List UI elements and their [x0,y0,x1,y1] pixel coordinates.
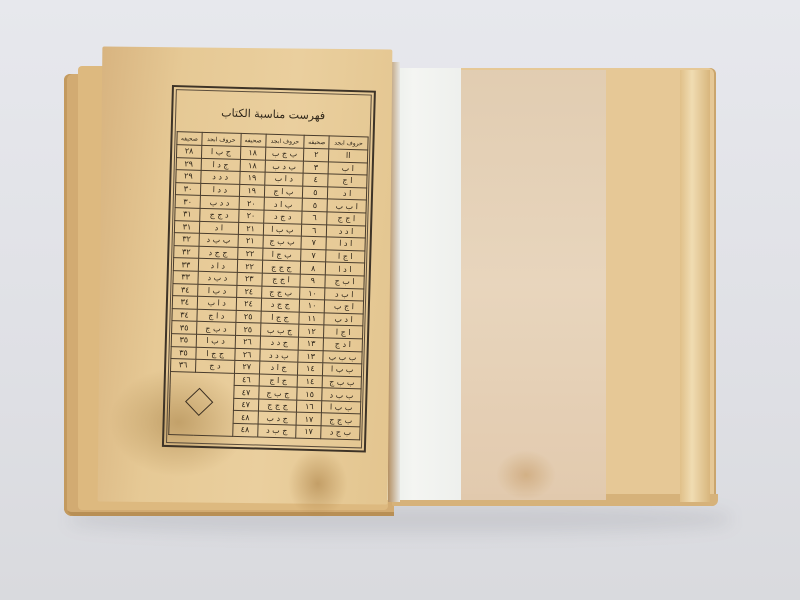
table-cell: ١٧ [296,413,321,426]
table-cell: ١٩ [239,184,264,197]
column-header: حروف ابجد [329,136,368,150]
column-header: صحيفه [177,132,202,146]
table-cell: ٣٢ [174,233,199,246]
table-cell: ٣٢ [174,245,199,258]
table-cell: ٣٥ [171,346,196,359]
table-cell: ١٤ [297,375,322,388]
table-cell: ٢٥ [235,323,260,336]
table-cell: ب ج د [321,426,360,440]
table-cell: ب ب د [322,388,361,402]
table-cell: ٣٥ [172,321,197,334]
table-cell: ا د [199,221,238,235]
tissue-overlay [456,70,606,500]
table-cell: د ج د [263,210,302,224]
table-cell: ب ج ج [261,286,300,300]
table-cell: د د د [201,171,240,185]
table-cell: ب ب ا [322,401,361,415]
table-cell: د ج ج [200,208,239,222]
table-cell: ب ج ب [265,147,304,161]
table-grid: حروف ابجدصحيفهحروف ابجدصحيفهحروف ابجدصحي… [168,131,369,446]
table-title: فهرست مناسبة الكتاب [173,93,374,137]
table-cell: ١٤ [298,362,323,375]
table-cell: ٤ [303,173,328,186]
table-cell: ٢٦ [235,335,260,348]
table-cell: ب ا ج [264,185,303,199]
table-cell: ب ب ا [263,223,302,237]
table-cell: ٢٧ [234,360,259,373]
abjad-data-table: حروف ابجدصحيفهحروف ابجدصحيفهحروف ابجدصحي… [168,131,368,440]
table-cell: ٩ [300,274,325,287]
table-body: اا٢ب ج ب١٨ج ب ا٢٨ا ب٣ب د ب١٨ج د ا٢٩ا ج٤د… [169,145,368,440]
table-cell: ٣١ [175,208,200,221]
table-cell: ج د د [260,336,299,350]
table-cell: ٤٦ [234,373,259,386]
table-cell: ١١ [299,312,324,325]
table-cell: ٦ [302,224,327,237]
table-cell: ٤٧ [233,386,258,399]
table-cell: ١٠ [300,299,325,312]
table-cell: ٢٠ [239,197,264,210]
table-cell: ج ج د [261,298,300,312]
table-cell: ا د ا [326,237,365,251]
table-cell: ١٥ [297,387,322,400]
table-cell: ٣٣ [173,271,198,284]
table-cell: ا د [328,187,367,201]
table-cell: ٥ [303,186,328,199]
table-cell: ٢٢ [237,260,262,273]
table-cell: ا د ج [323,338,362,352]
table-cell: ا د ا [325,262,364,276]
table-cell: د ا ب [197,296,236,310]
table-cell: ٥ [302,199,327,212]
table-cell: د ب ج [196,322,235,336]
table-cell: د د ا [200,183,239,197]
table-cell: ٣٠ [175,195,200,208]
table-cell: ٣٤ [172,308,197,321]
table-cell: ٧ [301,236,326,249]
table-cell: ب ب ب [323,350,362,364]
table-cell: ا ج ا [324,325,363,339]
table-cell: ا ب ج [325,275,364,289]
table-cell: د ج [195,359,234,373]
table-cell: ب د د [259,349,298,363]
column-header: حروف ابجد [265,134,304,148]
table-cell: ٢٤ [236,298,261,311]
table-cell: ا د ب [324,313,363,327]
table-cell: ١٨ [240,159,265,172]
table-cell: ٢٥ [236,310,261,323]
table-cell: ج ب ا [201,145,240,159]
table-cell: ٢٩ [176,157,201,170]
table-cell: ١٢ [299,324,324,337]
table-cell: ٣٠ [175,182,200,195]
table-cell: ٢٠ [238,209,263,222]
table-cell: د ب ا [196,334,235,348]
table-cell: ١٦ [297,400,322,413]
diamond-diagram [185,387,213,415]
table-cell: ٤٧ [233,398,258,411]
table-cell: ا ب د [325,287,364,301]
table-cell: ج ج ا [260,311,299,325]
table-cell: ٣٦ [171,359,196,372]
table-cell: د ا ب [264,172,303,186]
table-cell: ج ب ج [258,386,297,400]
table-cell: ٣٣ [173,258,198,271]
table-cell: ا ب ب [327,199,366,213]
table-cell: ج ج ج [262,260,301,274]
table-cell: ج ب د [257,424,296,438]
table-cell: ١٣ [299,337,324,350]
table-cell: ٢٢ [237,247,262,260]
table-cell: ٣٥ [171,333,196,346]
table-cell: ب ج ج [321,413,360,427]
table-cell: ا د د [326,224,365,238]
table-cell: ١٩ [239,172,264,185]
table-cell: ٢٩ [176,170,201,183]
table-cell: ج ا د [259,361,298,375]
table-cell: ٦ [302,211,327,224]
table-cell: ٢٣ [237,272,262,285]
table-cell: د د ب [200,196,239,210]
table-cell: ٢١ [238,235,263,248]
diagram-cell [169,371,234,436]
table-cell: ا ج ج [261,273,300,287]
table-cell: ٧ [301,249,326,262]
table-cell: ٣١ [174,220,199,233]
table-cell: ب ب ج [322,376,361,390]
table-cell: ٢٨ [176,145,201,158]
table-cell: ج د ب [258,411,297,425]
table-cell: ٢ [304,148,329,161]
table-cell: ا ج ج [327,212,366,226]
stain [496,450,556,500]
table-cell: ب ب ا [323,363,362,377]
abjad-table: فهرست مناسبة الكتاب حروف ابجدصحيفهحروف ا… [162,85,376,453]
table-cell: ا ج [328,174,367,188]
table-cell: ٢٤ [236,285,261,298]
table-cell: ١٨ [240,146,265,159]
table-cell: ا ج ب [324,300,363,314]
table-cell: ج د ا [201,158,240,172]
table-cell: ا ج ا [326,250,365,264]
table-cell: ٢١ [238,222,263,235]
table-cell: ٣٤ [173,283,198,296]
table-cell: ج ج د [199,246,238,260]
table-cell: ب د ب [265,160,304,174]
table-cell: ج ج ج [258,399,297,413]
table-cell: ب ج ا [262,248,301,262]
column-header: صحيفه [241,133,266,147]
table-cell: ب ب ج [262,235,301,249]
table-cell: ٨ [301,262,326,275]
table-cell: ج ا ج [259,374,298,388]
right-page-edge-strip [680,70,710,502]
table-cell: ١٣ [298,350,323,363]
table-cell: ١٧ [296,425,321,438]
table-cell: د ا د [198,259,237,273]
table-cell: ٤٨ [232,423,257,436]
table-cell: ٤٨ [233,411,258,424]
table-cell: ا ب [328,161,367,175]
table-cell: ب ب د [199,233,238,247]
table-cell: اا [329,149,368,163]
table-cell: ٣ [303,161,328,174]
table-cell: د ا ج [197,309,236,323]
column-header: حروف ابجد [202,132,241,146]
table-cell: ٢٦ [235,348,260,361]
table-cell: ج ج ا [196,347,235,361]
table-cell: ٣٤ [172,296,197,309]
table-cell: د ب ا [197,284,236,298]
table-cell: ١٠ [300,287,325,300]
table-cell: ج ب ب [260,323,299,337]
table-cell: د ب د [198,271,237,285]
column-header: صحيفه [304,135,329,149]
table-cell: ب ا د [264,197,303,211]
